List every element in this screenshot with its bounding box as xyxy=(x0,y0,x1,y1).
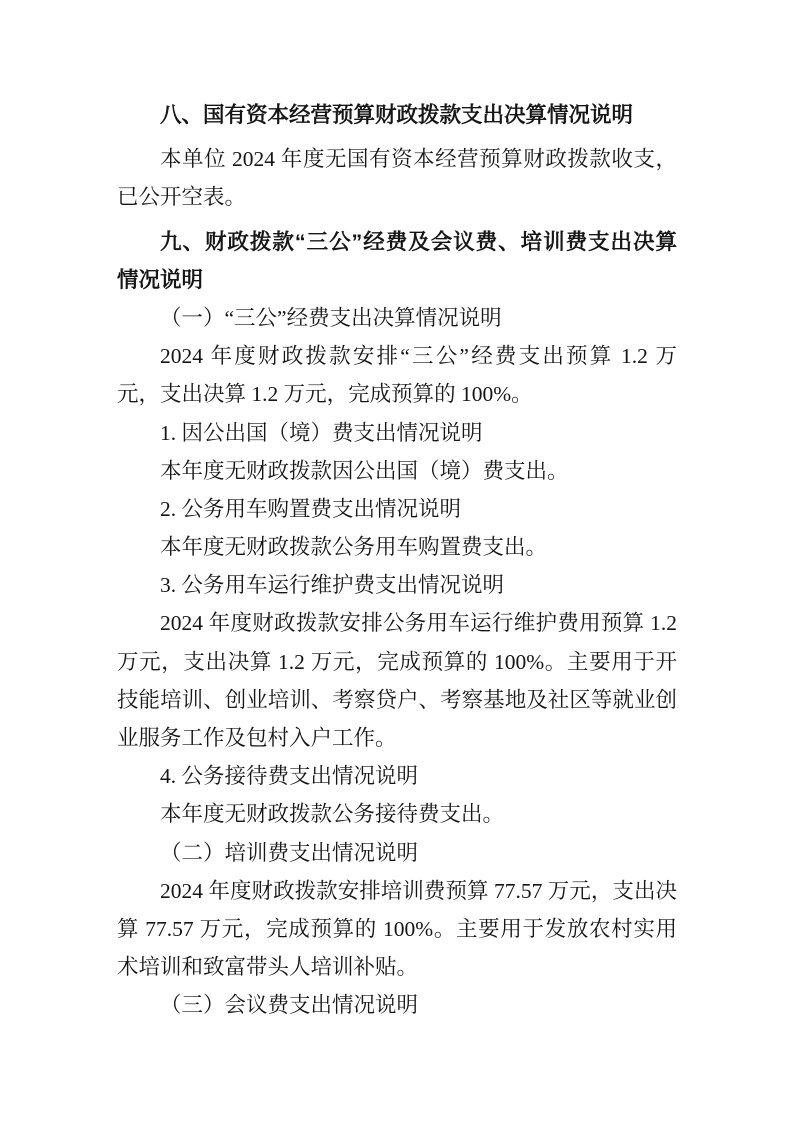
subsection-1-body-line: 元，支出决算 1.2 万元，完成预算的 100%。 xyxy=(117,375,677,413)
item-2-body-line: 本年度无财政拨款公务用车购置费支出。 xyxy=(117,528,677,566)
item-3-body: 2024 年度财政拨款安排公务用车运行维护费用预算 1.2万元，支出决算 1.2… xyxy=(117,604,677,757)
subsection-3-heading: （三）会议费支出情况说明 xyxy=(117,986,677,1024)
item-1-body-line: 本年度无财政拨款因公出国（境）费支出。 xyxy=(117,452,677,490)
item-3-body-line: 业服务工作及包村入户工作。 xyxy=(117,719,677,757)
subsection-1-body: 2024 年度财政拨款安排“三公”经费支出预算 1.2 万元，支出决算 1.2 … xyxy=(117,337,677,413)
document-body: 八、国有资本经营预算财政拨款支出决算情况说明本单位 2024 年度无国有资本经营… xyxy=(117,96,677,1025)
section-8-body-line: 已公开空表。 xyxy=(117,178,677,216)
item-3-body-line: 2024 年度财政拨款安排公务用车运行维护费用预算 1.2 xyxy=(117,604,677,642)
item-3-body-line: 万元，支出决算 1.2 万元，完成预算的 100%。主要用于开展 xyxy=(117,643,677,681)
section-8-heading: 八、国有资本经营预算财政拨款支出决算情况说明 xyxy=(117,96,677,134)
item-1-body: 本年度无财政拨款因公出国（境）费支出。 xyxy=(117,452,677,490)
subsection-2-body-line: 算 77.57 万元，完成预算的 100%。主要用于发放农村实用技 xyxy=(117,910,677,948)
item-4-heading: 4. 公务接待费支出情况说明 xyxy=(117,757,677,795)
item-3-heading: 3. 公务用车运行维护费支出情况说明 xyxy=(117,566,677,604)
subsection-1-heading: （一）“三公”经费支出决算情况说明 xyxy=(117,299,677,337)
item-1-heading-line: 1. 因公出国（境）费支出情况说明 xyxy=(117,414,677,452)
section-9-heading-line: 情况说明 xyxy=(117,261,677,299)
section-8-body: 本单位 2024 年度无国有资本经营预算财政拨款收支，已公开空表。 xyxy=(117,140,677,216)
subsection-2-heading-line: （二）培训费支出情况说明 xyxy=(117,834,677,872)
item-2-heading-line: 2. 公务用车购置费支出情况说明 xyxy=(117,490,677,528)
subsection-2-heading: （二）培训费支出情况说明 xyxy=(117,834,677,872)
item-1-heading: 1. 因公出国（境）费支出情况说明 xyxy=(117,414,677,452)
item-3-heading-line: 3. 公务用车运行维护费支出情况说明 xyxy=(117,566,677,604)
item-2-body: 本年度无财政拨款公务用车购置费支出。 xyxy=(117,528,677,566)
document-page: 八、国有资本经营预算财政拨款支出决算情况说明本单位 2024 年度无国有资本经营… xyxy=(0,0,793,1122)
subsection-1-heading-line: （一）“三公”经费支出决算情况说明 xyxy=(117,299,677,337)
subsection-2-body: 2024 年度财政拨款安排培训费预算 77.57 万元，支出决算 77.57 万… xyxy=(117,872,677,987)
subsection-3-heading-line: （三）会议费支出情况说明 xyxy=(117,986,677,1024)
subsection-2-body-line: 2024 年度财政拨款安排培训费预算 77.57 万元，支出决 xyxy=(117,872,677,910)
section-9-heading: 九、财政拨款“三公”经费及会议费、培训费支出决算情况说明 xyxy=(117,223,677,299)
section-8-heading-line: 八、国有资本经营预算财政拨款支出决算情况说明 xyxy=(117,96,677,134)
item-4-body: 本年度无财政拨款公务接待费支出。 xyxy=(117,795,677,833)
item-4-heading-line: 4. 公务接待费支出情况说明 xyxy=(117,757,677,795)
item-3-body-line: 技能培训、创业培训、考察贷户、考察基地及社区等就业创 xyxy=(117,681,677,719)
section-9-heading-line: 九、财政拨款“三公”经费及会议费、培训费支出决算 xyxy=(117,223,677,261)
subsection-2-body-line: 术培训和致富带头人培训补贴。 xyxy=(117,948,677,986)
item-4-body-line: 本年度无财政拨款公务接待费支出。 xyxy=(117,795,677,833)
subsection-1-body-line: 2024 年度财政拨款安排“三公”经费支出预算 1.2 万 xyxy=(117,337,677,375)
section-8-body-line: 本单位 2024 年度无国有资本经营预算财政拨款收支， xyxy=(117,140,677,178)
item-2-heading: 2. 公务用车购置费支出情况说明 xyxy=(117,490,677,528)
